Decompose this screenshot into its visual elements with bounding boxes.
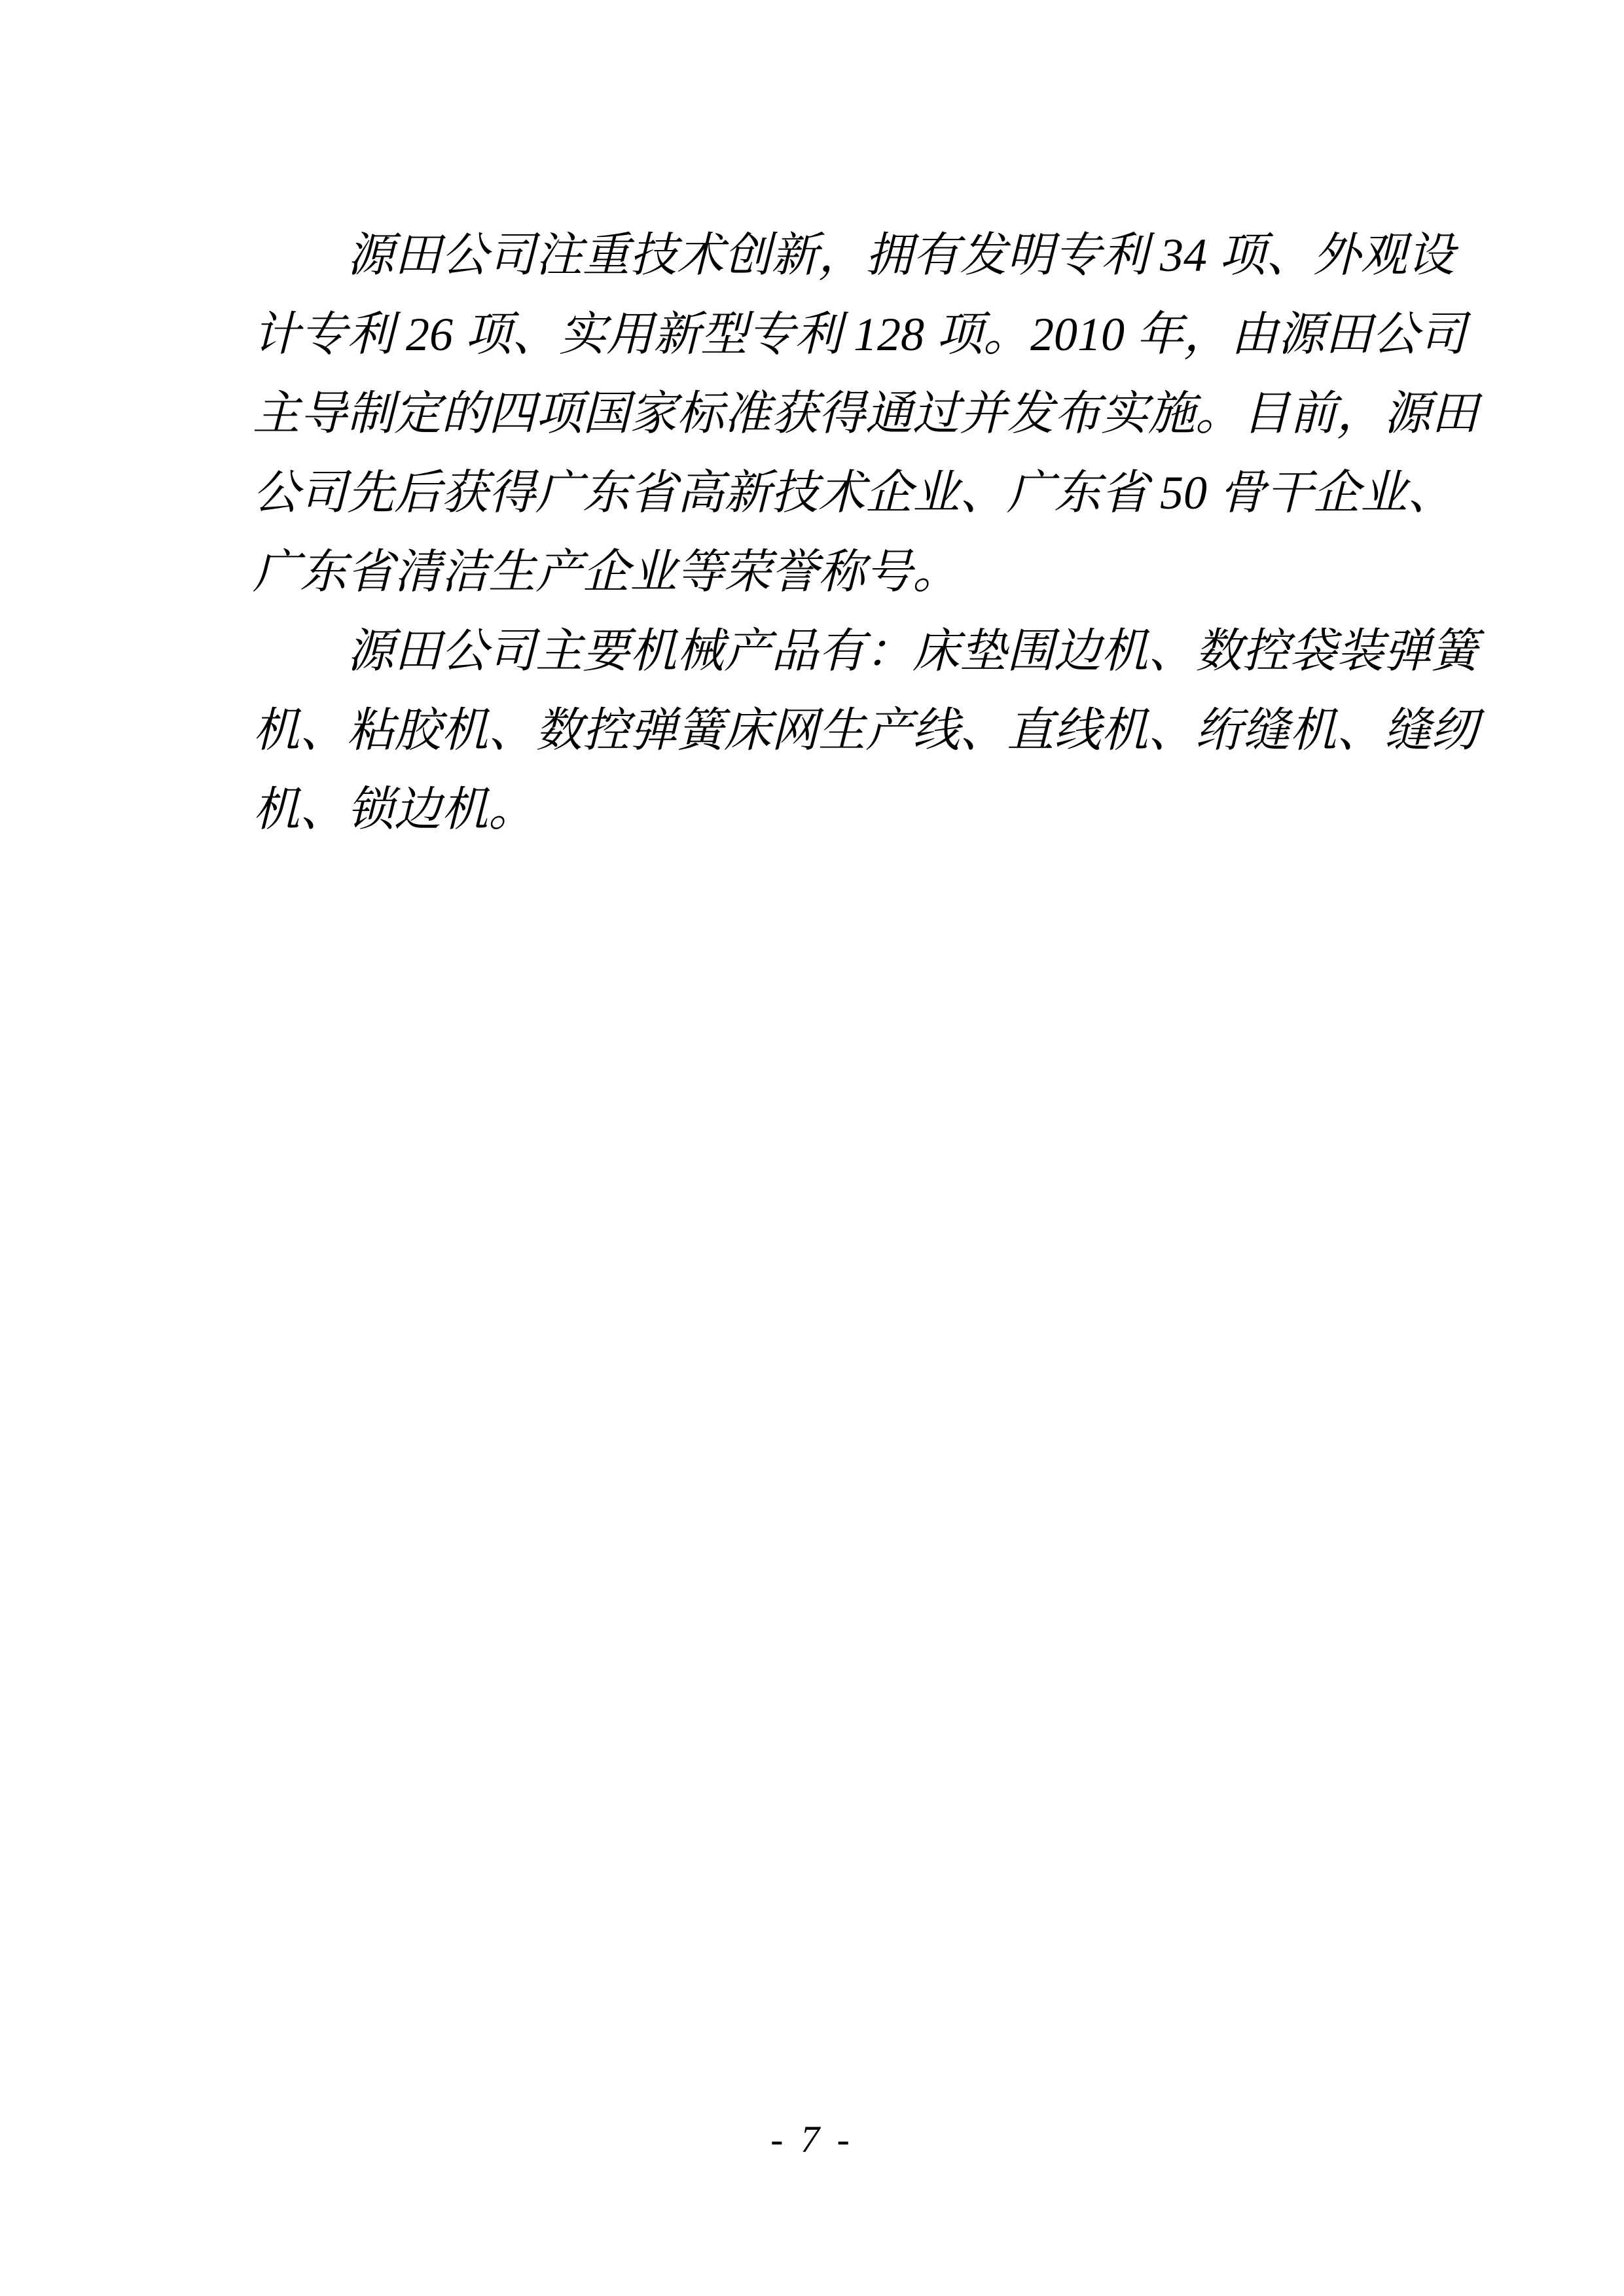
text-line: 广东省清洁生产企业等荣誉称号。 [253,533,1376,612]
body-text: 源田公司注重技术创新，拥有发明专利 34 项、外观设 计专利 26 项、实用新型… [253,216,1376,850]
document-page: 源田公司注重技术创新，拥有发明专利 34 项、外观设 计专利 26 项、实用新型… [0,0,1624,2296]
text-line: 主导制定的四项国家标准获得通过并发布实施。目前，源田 [253,374,1376,454]
text-line: 源田公司主要机械产品有：床垫围边机、数控袋装弹簧 [253,612,1376,691]
text-line: 源田公司注重技术创新，拥有发明专利 34 项、外观设 [253,216,1376,295]
text-line: 机、锁边机。 [253,770,1376,850]
page-number: - 7 - [0,2119,1624,2160]
text-line: 计专利 26 项、实用新型专利 128 项。2010 年，由源田公司 [253,295,1376,374]
text-line: 机、粘胶机、数控弹簧床网生产线、直线机、绗缝机、缝纫 [253,691,1376,770]
paragraph-company-innovation: 源田公司注重技术创新，拥有发明专利 34 项、外观设 计专利 26 项、实用新型… [253,216,1376,612]
text-line: 公司先后获得广东省高新技术企业、广东省 50 骨干企业、 [253,454,1376,533]
paragraph-main-products: 源田公司主要机械产品有：床垫围边机、数控袋装弹簧 机、粘胶机、数控弹簧床网生产线… [253,612,1376,850]
